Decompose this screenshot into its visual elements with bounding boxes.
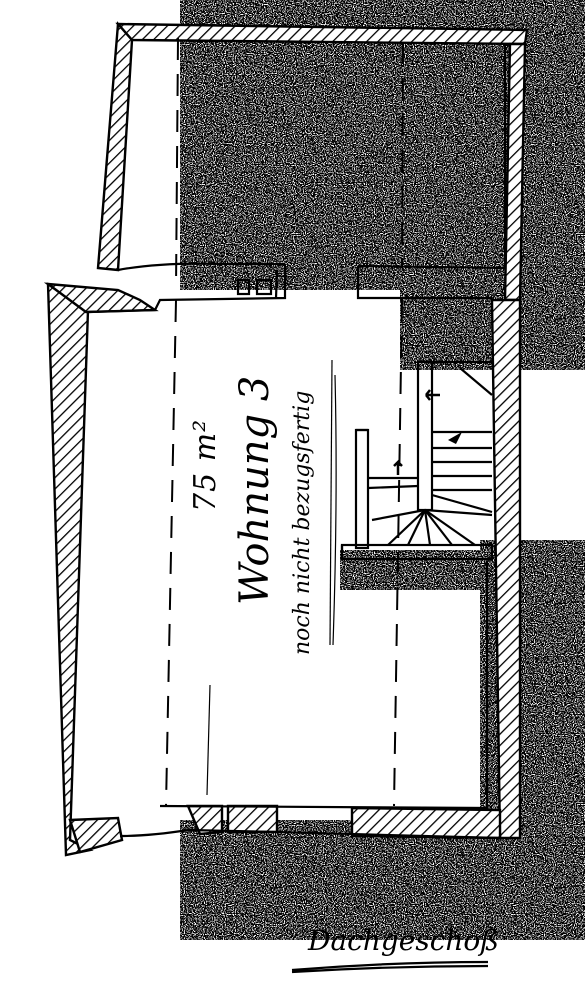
unit-status-label: noch nicht bezugsfertig [290, 391, 315, 655]
text-underline [333, 375, 336, 645]
roof-slope-line-left-lower [166, 300, 176, 806]
floor-name-label: Dachgeschoß [308, 924, 499, 957]
area-label: 75 m² [188, 419, 223, 512]
unit-name-label: Wohnung 3 [232, 376, 278, 605]
floor-label-underline [292, 962, 488, 972]
spiral-staircase [342, 362, 492, 559]
interior-guide-line-1 [207, 685, 210, 795]
apartment-inner-bottom-line [160, 562, 487, 808]
chimney-edge [276, 270, 277, 298]
roof-slope-line-left-upper [176, 38, 178, 290]
interior-guide-line-2 [330, 360, 332, 645]
